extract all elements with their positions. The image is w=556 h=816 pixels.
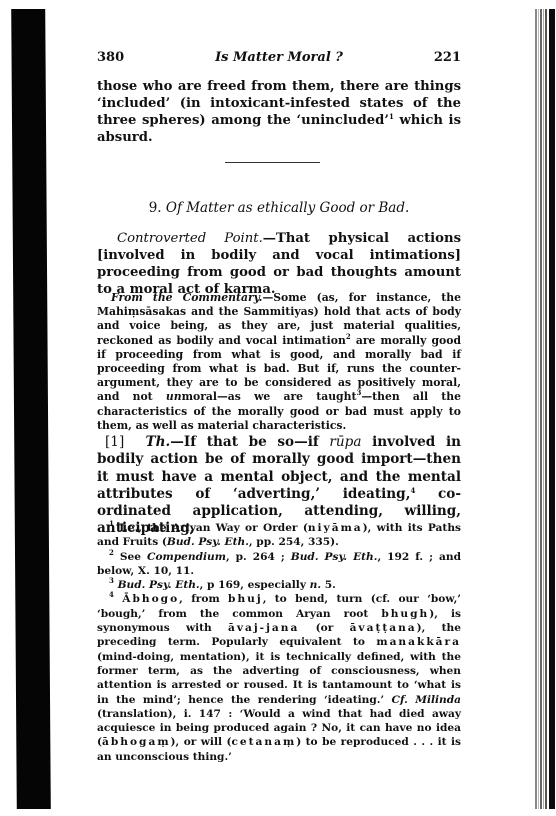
footnote-text: , p. 264 ; — [226, 551, 291, 563]
speaker-label: Th. — [146, 434, 171, 450]
footnote-text: 5. — [321, 579, 336, 591]
citation: Compendium — [147, 551, 226, 563]
footnote-text: , from — [179, 593, 228, 605]
page-edge — [545, 9, 547, 809]
page-edge — [538, 9, 539, 809]
footnote-2: 2 See Compendium, p. 264 ; Bud. Psy. Eth… — [97, 550, 461, 579]
pali-term: niyāma — [308, 522, 363, 534]
footnote-text: (or — [299, 622, 349, 634]
page-edge-shadow — [549, 9, 555, 809]
footnote-text: See — [120, 551, 147, 563]
running-title: Is Matter Moral ? — [215, 50, 343, 65]
footnote-text: , pp. 254, 335). — [249, 536, 339, 548]
running-header: 380 Is Matter Moral ? 221 — [97, 50, 461, 65]
controverted-point: Controverted Point.—That physical action… — [97, 230, 461, 298]
footnote-4: 4 Ābhogo, from bhuj, to bend, turn (cf. … — [97, 592, 461, 764]
footnote-3: 3 Bud. Psy. Eth., p 169, especially n. 5… — [97, 578, 461, 592]
pali-term: rūpa — [329, 434, 361, 450]
section-heading: 9. Of Matter as ethically Good or Bad. — [97, 200, 461, 216]
pali-term: Ābhogo — [122, 593, 179, 605]
paragraph-number: [1] — [105, 434, 124, 450]
commentary-paragraph: From the Commentary.—Some (as, for insta… — [97, 291, 461, 433]
pali-term: cetanaṃ — [231, 736, 296, 748]
citation: Bud. Psy. Eth. — [167, 536, 249, 548]
footnote-mark: 3 — [109, 576, 114, 585]
section-number: 9. — [149, 200, 162, 216]
section-divider — [225, 162, 320, 163]
page-number-right: 221 — [434, 50, 461, 65]
commentary-label: From the Commentary. — [111, 291, 262, 304]
opening-paragraph: those who are freed from them, there are… — [97, 78, 461, 146]
commentary-text: moral—as we are taught — [182, 390, 357, 403]
emphasis: un — [166, 390, 182, 403]
citation: Bud. Psy. Eth. — [118, 579, 200, 591]
citation: Cf. Milinda — [392, 694, 461, 706]
paragraph-text: —If that be so—if — [170, 434, 329, 450]
pali-term: bhugh — [381, 608, 429, 620]
page-edge — [543, 9, 544, 809]
footnote-1: 1 I.e., the Ariyan Way or Order (niyāma)… — [97, 521, 461, 550]
citation: n. — [310, 579, 321, 591]
book-binding-shadow — [11, 9, 51, 809]
pali-term: āvaj-jana — [228, 622, 299, 634]
pali-term: manakkāra — [376, 636, 461, 648]
footnote-text: ), or will ( — [171, 736, 232, 748]
page-edge — [540, 9, 542, 809]
pali-term: ābhogaṃ — [102, 736, 171, 748]
footnote-mark: 1 — [109, 519, 114, 528]
footnote-mark: 4 — [109, 590, 114, 599]
footnote-mark: 2 — [109, 548, 114, 557]
page-edge — [535, 9, 537, 809]
section-title: Of Matter as ethically Good or Bad. — [166, 200, 409, 216]
pali-term: bhuj — [228, 593, 263, 605]
footnote-text: I.e., the Ariyan Way or Order ( — [119, 522, 308, 534]
citation: Bud. Psy. Eth. — [291, 551, 378, 563]
footnote-text: , p 169, especially — [200, 579, 310, 591]
controverted-label: Controverted Point. — [117, 231, 263, 246]
pali-term: āvaṭṭana — [350, 622, 417, 634]
page-number-left: 380 — [97, 50, 124, 65]
footnotes: 1 I.e., the Ariyan Way or Order (niyāma)… — [97, 521, 461, 764]
